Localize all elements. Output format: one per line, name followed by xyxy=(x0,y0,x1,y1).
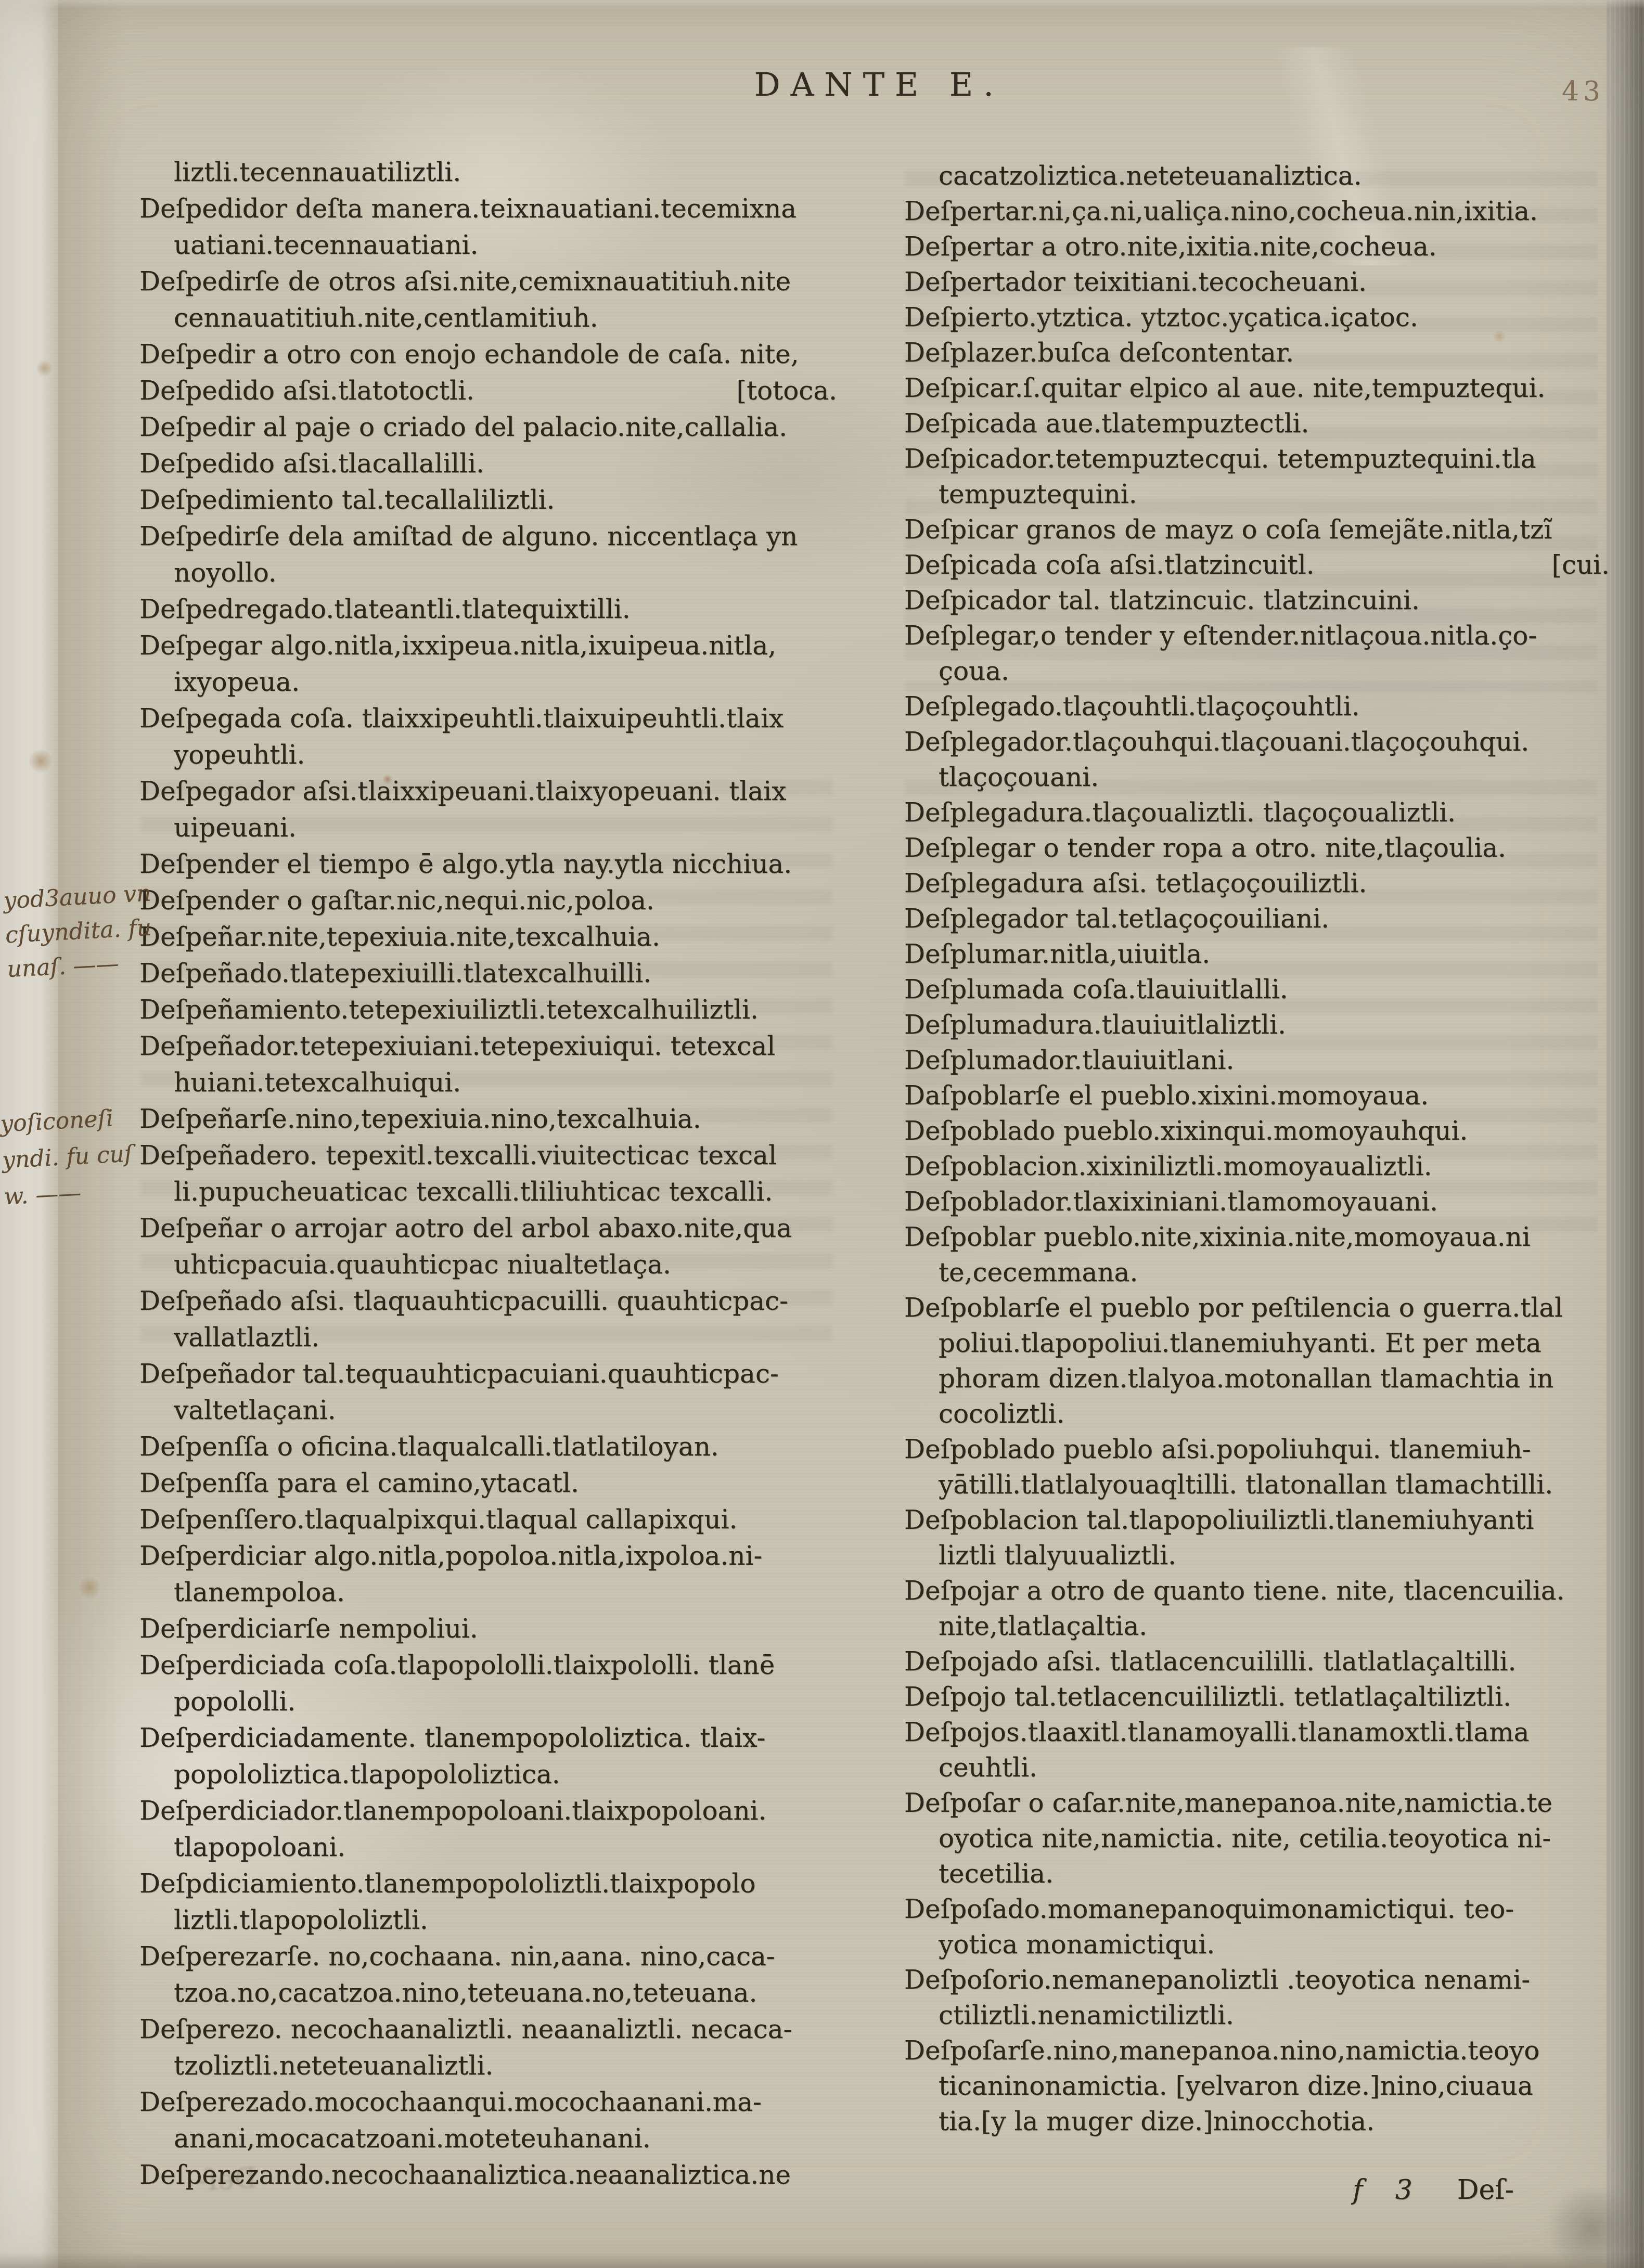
dictionary-line: popololli. xyxy=(139,1683,839,1720)
dictionary-line: Deſpedidor deſta manera.teixnauatiani.te… xyxy=(139,190,839,227)
dictionary-line: ticaninonamictia. [yelvaron dize.]nino,c… xyxy=(904,2068,1612,2104)
dictionary-line: Deſpender el tiempo ē algo.ytla nay.ytla… xyxy=(139,846,839,882)
page-number: 43 xyxy=(1562,76,1604,107)
dictionary-line: Deſpicador tal. tlatzincuic. tlatzincuin… xyxy=(904,583,1612,618)
dictionary-line: uatiani.tecennauatiani. xyxy=(139,227,839,263)
dictionary-line: Deſpedido aſsi.tlacallalilli. xyxy=(139,445,839,482)
dictionary-line: Deſpoblado pueblo.xixinqui.momoyauhqui. xyxy=(904,1113,1612,1149)
right-column: cacatzoliztica.neteteuanaliztica.Deſpert… xyxy=(904,158,1612,2139)
page-footer: f 3Deſ- xyxy=(1353,2174,1514,2206)
dictionary-line: tia.[y la muger dize.]ninocchotia. xyxy=(904,2104,1612,2139)
marginalia-line: unaſ. —— xyxy=(6,945,156,987)
book-page-scan: DANTE E. 43 liztli.tecennauatiliztli.Deſ… xyxy=(0,0,1644,2268)
dictionary-line: ixyopeua. xyxy=(139,664,839,700)
dictionary-line: huiani.tetexcalhuiqui. xyxy=(139,1064,839,1101)
dictionary-line: liztli tlalyuualiztli. xyxy=(904,1538,1612,1573)
dictionary-line: Deſplumar.nitla,uiuitla. xyxy=(904,936,1612,972)
dictionary-line: Deſpoblado pueblo aſsi.popoliuhqui. tlan… xyxy=(904,1432,1612,1467)
dictionary-line: Deſpeñador tal.tequauhticpacuiani.quauht… xyxy=(139,1356,839,1392)
dictionary-line: Deſplumador.tlauiuitlani. xyxy=(904,1042,1612,1078)
dictionary-line: Deſpertador teixitiani.tecocheuani. xyxy=(904,264,1612,300)
dictionary-line: Deſpoſorio.nemanepanoliztli .teoyotica n… xyxy=(904,1962,1612,1998)
dictionary-line: Deſperezo. necochaanaliztli. neaanaliztl… xyxy=(139,2011,839,2047)
dictionary-line: oyotica nite,namictia. nite, cetilia.teo… xyxy=(904,1821,1612,1856)
dictionary-line: Daſpoblarſe el pueblo.xixini.momoyaua. xyxy=(904,1078,1612,1113)
page-edge-top xyxy=(0,0,1644,8)
dictionary-line: tlaçoçouani. xyxy=(904,759,1612,795)
dictionary-line: tlapopoloani. xyxy=(139,1829,839,1865)
dictionary-line: yotica monamictiqui. xyxy=(904,1927,1612,1962)
page-edge-bottom xyxy=(0,2252,1644,2268)
dictionary-line: Deſperdiciada coſa.tlapopololli.tlaixpol… xyxy=(139,1647,839,1683)
dictionary-line: Deſpeñarſe.nino,tepexiuia.nino,texcalhui… xyxy=(139,1101,839,1137)
dictionary-line: tzoa.no,cacatzoa.nino,teteuana.no,teteua… xyxy=(139,1975,839,2011)
dictionary-line: Deſpedirſe dela amiſtad de alguno. nicce… xyxy=(139,518,839,555)
dictionary-line: tecetilia. xyxy=(904,1856,1612,1891)
signature-mark: f 3 xyxy=(1353,2174,1412,2206)
dictionary-line: Deſpender o gaſtar.nic,nequi.nic,poloa. xyxy=(139,882,839,919)
dictionary-line: uhticpacuia.quauhticpac niualtetlaça. xyxy=(139,1246,839,1283)
dictionary-line: Deſperdiciador.tlanempopoloani.tlaixpopo… xyxy=(139,1793,839,1829)
dictionary-line: Deſpeñado aſsi. tlaquauhticpacuilli. qua… xyxy=(139,1283,839,1319)
dictionary-line: Deſpertar a otro.nite,ixitia.nite,cocheu… xyxy=(904,229,1612,264)
dictionary-line: Deſplegar o tender ropa a otro. nite,tla… xyxy=(904,830,1612,866)
dictionary-line: Deſpedregado.tlateantli.tlatequixtilli. xyxy=(139,591,839,627)
marginalia-line: yoſiconeſi xyxy=(0,1100,132,1143)
dictionary-line: tlanempoloa. xyxy=(139,1574,839,1610)
dictionary-line: Deſpenſſa para el camino,ytacatl. xyxy=(139,1465,839,1501)
marginalia-line: yndi. fu cuſ xyxy=(1,1136,134,1179)
dictionary-line: Deſperezarſe. no,cochaana. nin,aana. nin… xyxy=(139,1938,839,1975)
dictionary-line: tzoliztli.neteteuanaliztli. xyxy=(139,2047,839,2084)
dictionary-line: Deſpeñador.tetepexiuiani.tetepexiuiqui. … xyxy=(139,1028,839,1064)
dictionary-line: Deſplazer.buſca deſcontentar. xyxy=(904,335,1612,370)
dictionary-line: ceuhtli. xyxy=(904,1750,1612,1785)
marginalia-note-1: yod3auuo vn cſuyndita. fu unaſ. —— xyxy=(3,877,156,987)
dictionary-line: yopeuhtli. xyxy=(139,737,839,773)
dictionary-line: Deſpeñar.nite,tepexiuia.nite,texcalhuia. xyxy=(139,919,839,955)
dictionary-line: li.pupucheuaticac texcalli.tliliuhticac … xyxy=(139,1174,839,1210)
dictionary-line: Deſpoblacion tal.tlapopoliuiliztli.tlane… xyxy=(904,1502,1612,1538)
dictionary-line: Deſpojo tal.tetlacencuililiztli. tetlatl… xyxy=(904,1679,1612,1715)
dictionary-line: Deſplegador tal.tetlaçoçouiliani. xyxy=(904,901,1612,936)
page-edge-right xyxy=(1607,0,1644,2268)
dictionary-line: Deſpeñado.tlatepexiuilli.tlatexcalhuilli… xyxy=(139,955,839,991)
dictionary-line: ctiliztli.nenamictiliztli. xyxy=(904,1998,1612,2033)
dictionary-line: Deſpicada coſa aſsi.tlatzincuitl.[cui. xyxy=(904,547,1612,583)
dictionary-line: poliui.tlapopoliui.tlanemiuhyanti. Et pe… xyxy=(904,1325,1612,1361)
dictionary-line: Deſpicar.ſ.quitar elpico al aue. nite,te… xyxy=(904,370,1612,406)
dictionary-line: phoram dizen.tlalyoa.motonallan tlamacht… xyxy=(904,1361,1612,1396)
dictionary-line: Deſpoblador.tlaxixiniani.tlamomoyauani. xyxy=(904,1184,1612,1219)
dictionary-line: noyollo. xyxy=(139,555,839,591)
dictionary-line: liztli.tecennauatiliztli. xyxy=(139,154,839,190)
dictionary-line: cocoliztli. xyxy=(904,1396,1612,1432)
dictionary-line: Deſpenſſero.tlaqualpixqui.tlaqual callap… xyxy=(139,1501,839,1538)
dictionary-line: Deſpegar algo.nitla,ixxipeua.nitla,ixuip… xyxy=(139,627,839,664)
dictionary-line: Deſperdiciar algo.nitla,popoloa.nitla,ix… xyxy=(139,1538,839,1574)
dictionary-line: te,cecemmana. xyxy=(904,1255,1612,1290)
dictionary-line: valtetlaçani. xyxy=(139,1392,839,1428)
dictionary-line: Deſpoblar pueblo.nite,xixinia.nite,momoy… xyxy=(904,1219,1612,1255)
dictionary-line: Deſpdiciamiento.tlanempopololiztli.tlaix… xyxy=(139,1865,839,1902)
dictionary-line: cacatzoliztica.neteteuanaliztica. xyxy=(904,158,1612,194)
dictionary-line: Deſpoſar o caſar.nite,manepanoa.nite,nam… xyxy=(904,1785,1612,1821)
dictionary-line: Deſpedirſe de otros aſsi.nite,cemixnauat… xyxy=(139,263,839,300)
dictionary-line: Deſplegado.tlaçouhtli.tlaçoçouhtli. xyxy=(904,689,1612,724)
dictionary-line: Deſpenſſa o oficina.tlaqualcalli.tlatlat… xyxy=(139,1428,839,1465)
marginalia-note-2: yoſiconeſi yndi. fu cuſ w. —— xyxy=(0,1100,136,1216)
dictionary-line: çoua. xyxy=(904,653,1612,689)
dictionary-line: Deſplegadura aſsi. tetlaçoçouiliztli. xyxy=(904,866,1612,901)
dictionary-line: cennauatitiuh.nite,centlamitiuh. xyxy=(139,300,839,336)
dictionary-line: Deſperezado.mocochaanqui.mocochaanani.ma… xyxy=(139,2084,839,2120)
dictionary-line: Deſpedir al paje o criado del palacio.ni… xyxy=(139,409,839,445)
marginalia-line: w. —— xyxy=(3,1172,136,1215)
dictionary-line: Deſpedir a otro con enojo echandole de c… xyxy=(139,336,839,372)
dictionary-line: Deſpicador.tetempuztecqui. tetempuztequi… xyxy=(904,441,1612,476)
dictionary-line: Deſpedimiento tal.tecallaliliztli. xyxy=(139,482,839,518)
dictionary-line: Deſplegadura.tlaçoualiztli. tlaçoçoualiz… xyxy=(904,795,1612,830)
dictionary-line: Deſplegador.tlaçouhqui.tlaçouani.tlaçoço… xyxy=(904,724,1612,759)
dictionary-line: Deſperdiciarſe nempoliui. xyxy=(139,1610,839,1647)
catchword: Deſ- xyxy=(1457,2174,1514,2206)
dictionary-line: Deſpojado aſsi. tlatlacencuililli. tlatl… xyxy=(904,1644,1612,1679)
dictionary-line: Deſpoblacion.xixiniliztli.momoyaualiztli… xyxy=(904,1149,1612,1184)
dictionary-line: Deſplegar,o tender y eſtender.nitlaçoua.… xyxy=(904,618,1612,653)
dictionary-line: Deſpedido aſsi.tlatotoctli.[totoca. xyxy=(139,372,839,409)
dictionary-line: Deſpierto.ytztica. ytztoc.yçatica.içatoc… xyxy=(904,300,1612,335)
dictionary-line: Deſpoſarſe.nino,manepanoa.nino,namictia.… xyxy=(904,2033,1612,2068)
dictionary-line: yātilli.tlatlalyouaqltilli. tlatonallan … xyxy=(904,1467,1612,1502)
running-header: DANTE E. xyxy=(114,66,1644,104)
dictionary-line: Deſpeñamiento.tetepexiuiliztli.tetexcalh… xyxy=(139,991,839,1028)
dictionary-line: Deſperdiciadamente. tlanempopololiztica.… xyxy=(139,1720,839,1756)
dictionary-line: Deſpoſado.momanepanoquimonamictiqui. teo… xyxy=(904,1891,1612,1927)
dictionary-line: tempuztequini. xyxy=(904,476,1612,512)
dictionary-line: Deſpertar.ni,ça.ni,ualiça.nino,cocheua.n… xyxy=(904,194,1612,229)
dictionary-line: Deſpojos.tlaaxitl.tlanamoyalli.tlanamoxt… xyxy=(904,1715,1612,1750)
dictionary-line: liztli.tlapopololiztli. xyxy=(139,1902,839,1938)
left-column: liztli.tecennauatiliztli.Deſpedidor deſt… xyxy=(139,154,839,2193)
dictionary-line: Deſpeñar o arrojar aotro del arbol abaxo… xyxy=(139,1210,839,1246)
dictionary-line: vallatlaztli. xyxy=(139,1319,839,1356)
dictionary-line: Deſpoblarſe el pueblo por peſtilencia o … xyxy=(904,1290,1612,1325)
dictionary-line: Deſpojar a otro de quanto tiene. nite, t… xyxy=(904,1573,1612,1608)
dictionary-line: popololiztica.tlapopololiztica. xyxy=(139,1756,839,1793)
dictionary-line: Deſplumadura.tlauiuitlaliztli. xyxy=(904,1007,1612,1042)
dictionary-line: Deſpegada coſa. tlaixxipeuhtli.tlaixuipe… xyxy=(139,700,839,737)
dictionary-line: nite,tlatlaçaltia. xyxy=(904,1608,1612,1644)
dictionary-line: anani,mocacatzoani.moteteuhanani. xyxy=(139,2120,839,2157)
dictionary-line: Deſpicada aue.tlatempuztectli. xyxy=(904,406,1612,441)
dictionary-line: Deſplumada coſa.tlauiuitlalli. xyxy=(904,972,1612,1007)
ink-offset-ghost: Deſ- xyxy=(197,2161,258,2197)
dictionary-line: Deſpicar granos de mayz o coſa ſemejãte.… xyxy=(904,512,1612,547)
dictionary-line: uipeuani. xyxy=(139,809,839,846)
dictionary-line: Deſpegador aſsi.tlaixxipeuani.tlaixyopeu… xyxy=(139,773,839,809)
dictionary-line: Deſpeñadero. tepexitl.texcalli.viuitecti… xyxy=(139,1137,839,1174)
